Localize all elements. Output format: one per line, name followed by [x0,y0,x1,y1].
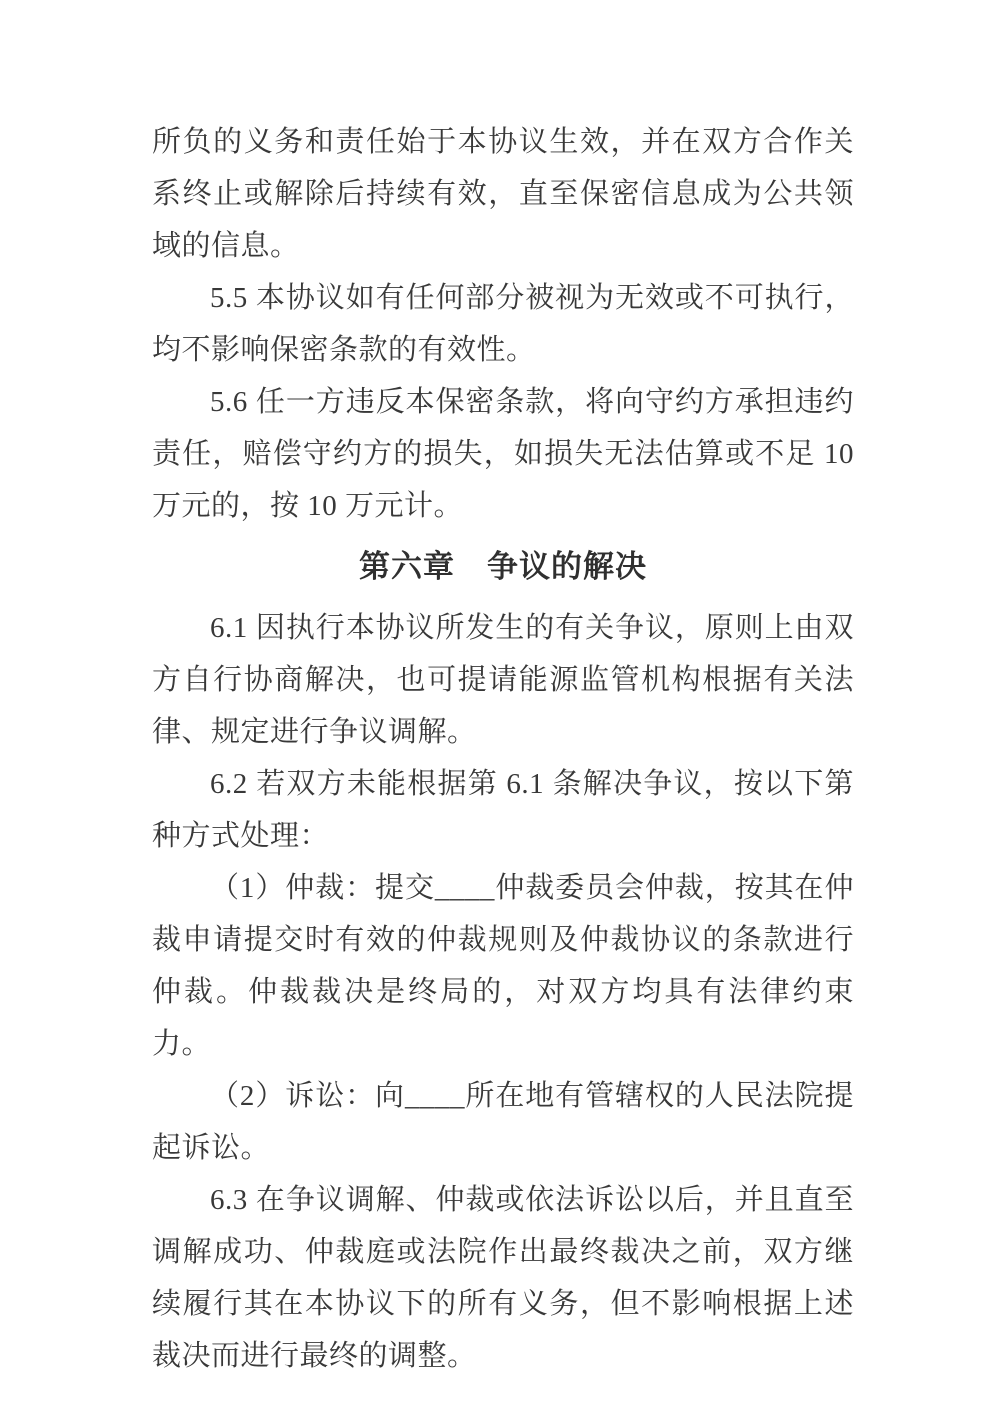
document-body: 所负的义务和责任始于本协议生效，并在双方合作关系终止或解除后持续有效，直至保密信… [152,116,854,1382]
chapter-6-heading: 第六章 争议的解决 [152,540,854,594]
clause-6-3: 6.3 在争议调解、仲裁或依法诉讼以后，并且直至调解成功、仲裁庭或法院作出最终裁… [152,1174,854,1382]
clause-5-5: 5.5 本协议如有任何部分被视为无效或不可执行，均不影响保密条款的有效性。 [152,272,854,376]
clause-5-4-continuation: 所负的义务和责任始于本协议生效，并在双方合作关系终止或解除后持续有效，直至保密信… [152,116,854,272]
clause-6-1: 6.1 因执行本协议所发生的有关争议，原则上由双方自行协商解决，也可提请能源监管… [152,602,854,758]
contract-page: 所负的义务和责任始于本协议生效，并在双方合作关系终止或解除后持续有效，直至保密信… [0,0,1000,1414]
clause-6-2: 6.2 若双方未能根据第 6.1 条解决争议，按以下第 种方式处理： [152,758,854,862]
clause-6-2-item-2: （2）诉讼：向____所在地有管辖权的人民法院提起诉讼。 [152,1070,854,1174]
clause-5-6: 5.6 任一方违反本保密条款，将向守约方承担违约责任，赔偿守约方的损失，如损失无… [152,376,854,532]
clause-6-2-item-1: （1）仲裁：提交____仲裁委员会仲裁，按其在仲裁申请提交时有效的仲裁规则及仲裁… [152,862,854,1070]
